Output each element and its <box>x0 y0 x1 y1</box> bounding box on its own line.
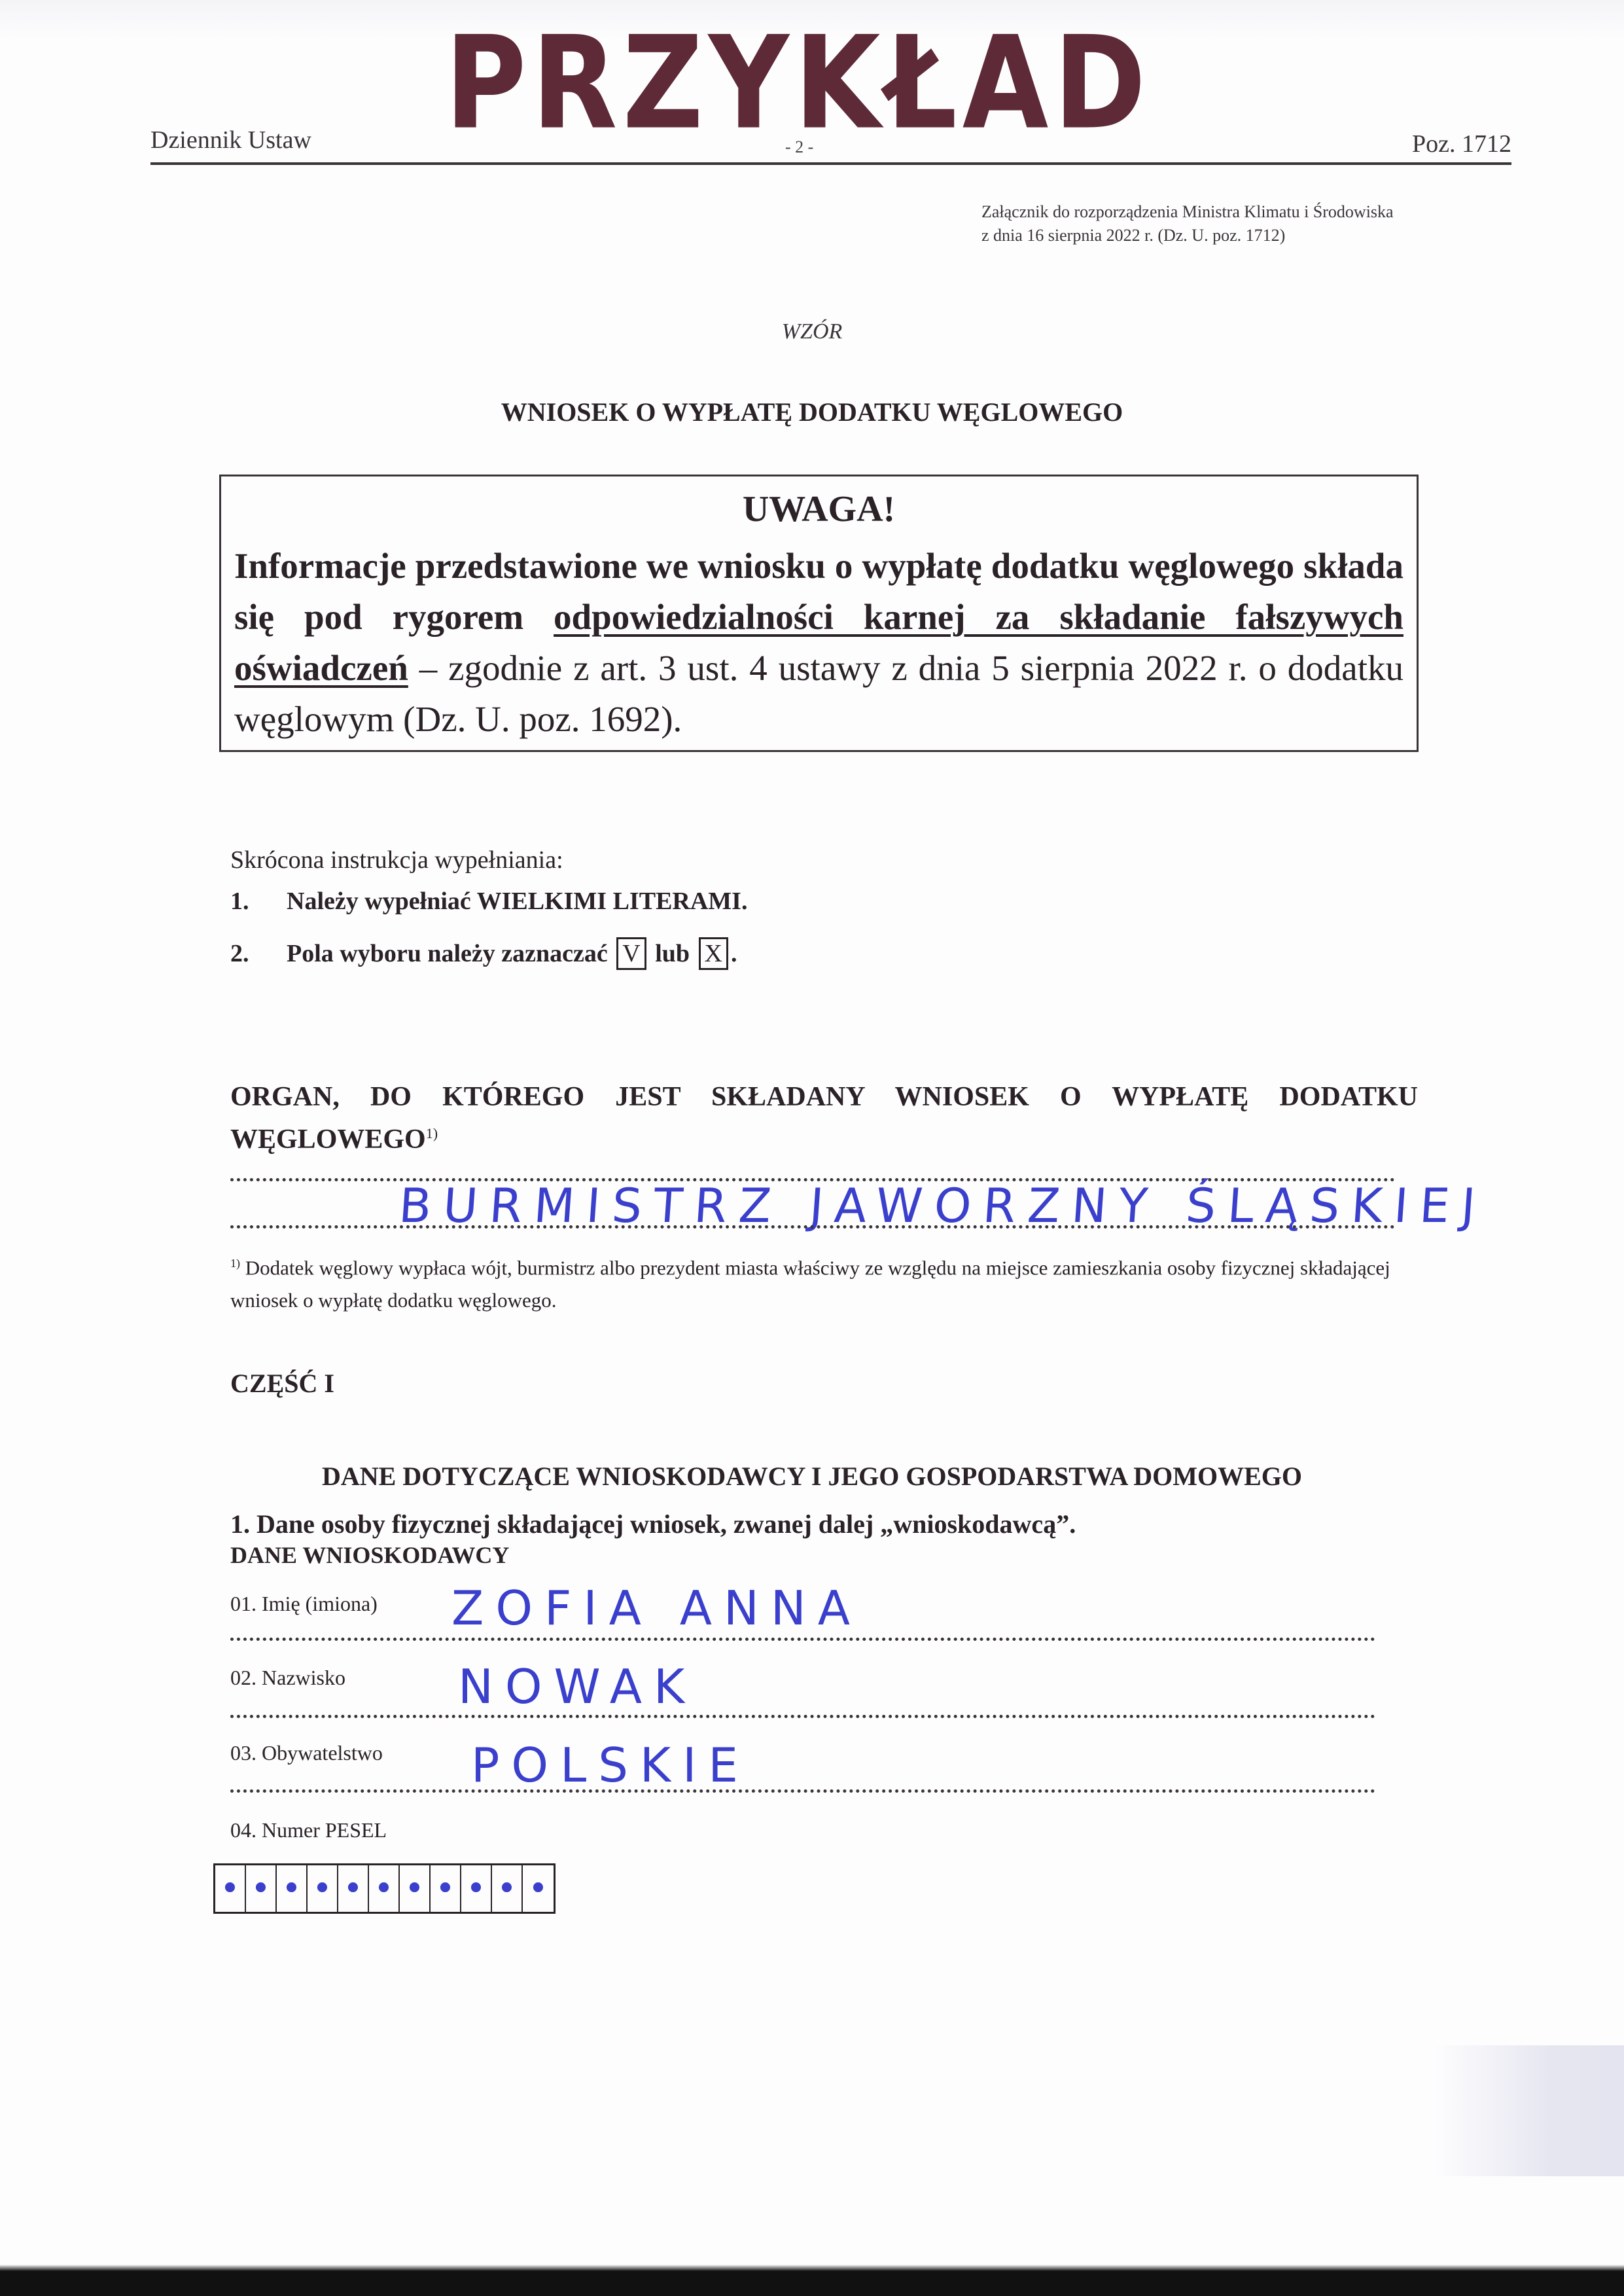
warning-heading: UWAGA! <box>221 488 1417 530</box>
first-name-dotted-line <box>230 1638 1375 1641</box>
pesel-field[interactable]: ••••••••••• <box>213 1863 556 1914</box>
pesel-digit-cell[interactable]: • <box>338 1865 369 1912</box>
instruction-item-2: 2.Pola wyboru należy zaznaczać V lub X. <box>230 937 737 970</box>
surname-field[interactable]: NOWAK <box>458 1659 696 1714</box>
pesel-digit-cell[interactable]: • <box>461 1865 492 1912</box>
citizenship-label: 03. Obywatelstwo <box>230 1741 383 1765</box>
citizenship-field[interactable]: POLSKIE <box>471 1738 750 1793</box>
first-name-label: 01. Imię (imiona) <box>230 1592 378 1616</box>
pesel-digit-cell[interactable]: • <box>431 1865 461 1912</box>
surname-label: 02. Nazwisko <box>230 1666 345 1690</box>
header-rule <box>150 162 1511 165</box>
document-title: WNIOSEK O WYPŁATĘ DODATKU WĘGLOWEGO <box>0 397 1624 427</box>
scan-shadow <box>1434 2045 1624 2176</box>
annex-line-1: Załącznik do rozporządzenia Ministra Kli… <box>981 200 1394 224</box>
part-title: DANE DOTYCZĄCE WNIOSKODAWCY I JEGO GOSPO… <box>0 1461 1624 1492</box>
instruction-item-1: 1.Należy wypełniać WIELKIMI LITERAMI. <box>230 887 747 916</box>
pesel-digit-cell[interactable]: • <box>400 1865 431 1912</box>
part-label: CZĘŚĆ I <box>230 1368 334 1399</box>
footnote-marker: 1) <box>426 1125 438 1141</box>
pesel-digit-cell[interactable]: • <box>369 1865 400 1912</box>
section-1-heading: 1. Dane osoby fizycznej składającej wnio… <box>230 1509 1076 1539</box>
surname-dotted-line <box>230 1715 1375 1718</box>
warning-tail-text: – zgodnie z art. 3 ust. 4 ustawy z dnia … <box>234 648 1403 739</box>
annex-line-2: z dnia 16 sierpnia 2022 r. (Dz. U. poz. … <box>981 224 1394 247</box>
pesel-label: 04. Numer PESEL <box>230 1818 387 1842</box>
pesel-digit-cell[interactable]: • <box>523 1865 554 1912</box>
organ-heading: ORGAN, DO KTÓREGO JEST SKŁADANY WNIOSEK … <box>230 1079 1418 1158</box>
sample-stamp: PRZYKŁAD <box>445 20 1151 148</box>
pesel-digit-cell[interactable]: • <box>308 1865 338 1912</box>
first-name-field[interactable]: ZOFIA ANNA <box>451 1581 862 1636</box>
position-number: Poz. 1712 <box>1412 130 1511 158</box>
template-label: WZÓR <box>0 319 1624 344</box>
document-page: PRZYKŁAD Dziennik Ustaw - 2 - Poz. 1712 … <box>0 0 1624 2296</box>
citizenship-dotted-line <box>230 1789 1375 1793</box>
pesel-digit-cell[interactable]: • <box>246 1865 277 1912</box>
warning-box: UWAGA! Informacje przedstawione we wnios… <box>219 475 1419 752</box>
warning-text: Informacje przedstawione we wniosku o wy… <box>234 541 1403 745</box>
checkbox-example-x: X <box>699 937 728 970</box>
pesel-digit-cell[interactable]: • <box>492 1865 523 1912</box>
journal-name: Dziennik Ustaw <box>150 126 311 154</box>
footnote: 1) Dodatek węglowy wypłaca wójt, burmist… <box>230 1247 1421 1317</box>
instructions-heading: Skrócona instrukcja wypełniania: <box>230 846 563 874</box>
organ-dotted-line-2 <box>230 1225 1395 1229</box>
page-number: - 2 - <box>785 137 813 157</box>
checkbox-example-v: V <box>616 937 646 970</box>
pesel-digit-cell[interactable]: • <box>277 1865 308 1912</box>
applicant-data-heading: DANE WNIOSKODAWCY <box>230 1541 509 1569</box>
pesel-digit-cell[interactable]: • <box>215 1865 246 1912</box>
annex-note: Załącznik do rozporządzenia Ministra Kli… <box>981 200 1394 247</box>
